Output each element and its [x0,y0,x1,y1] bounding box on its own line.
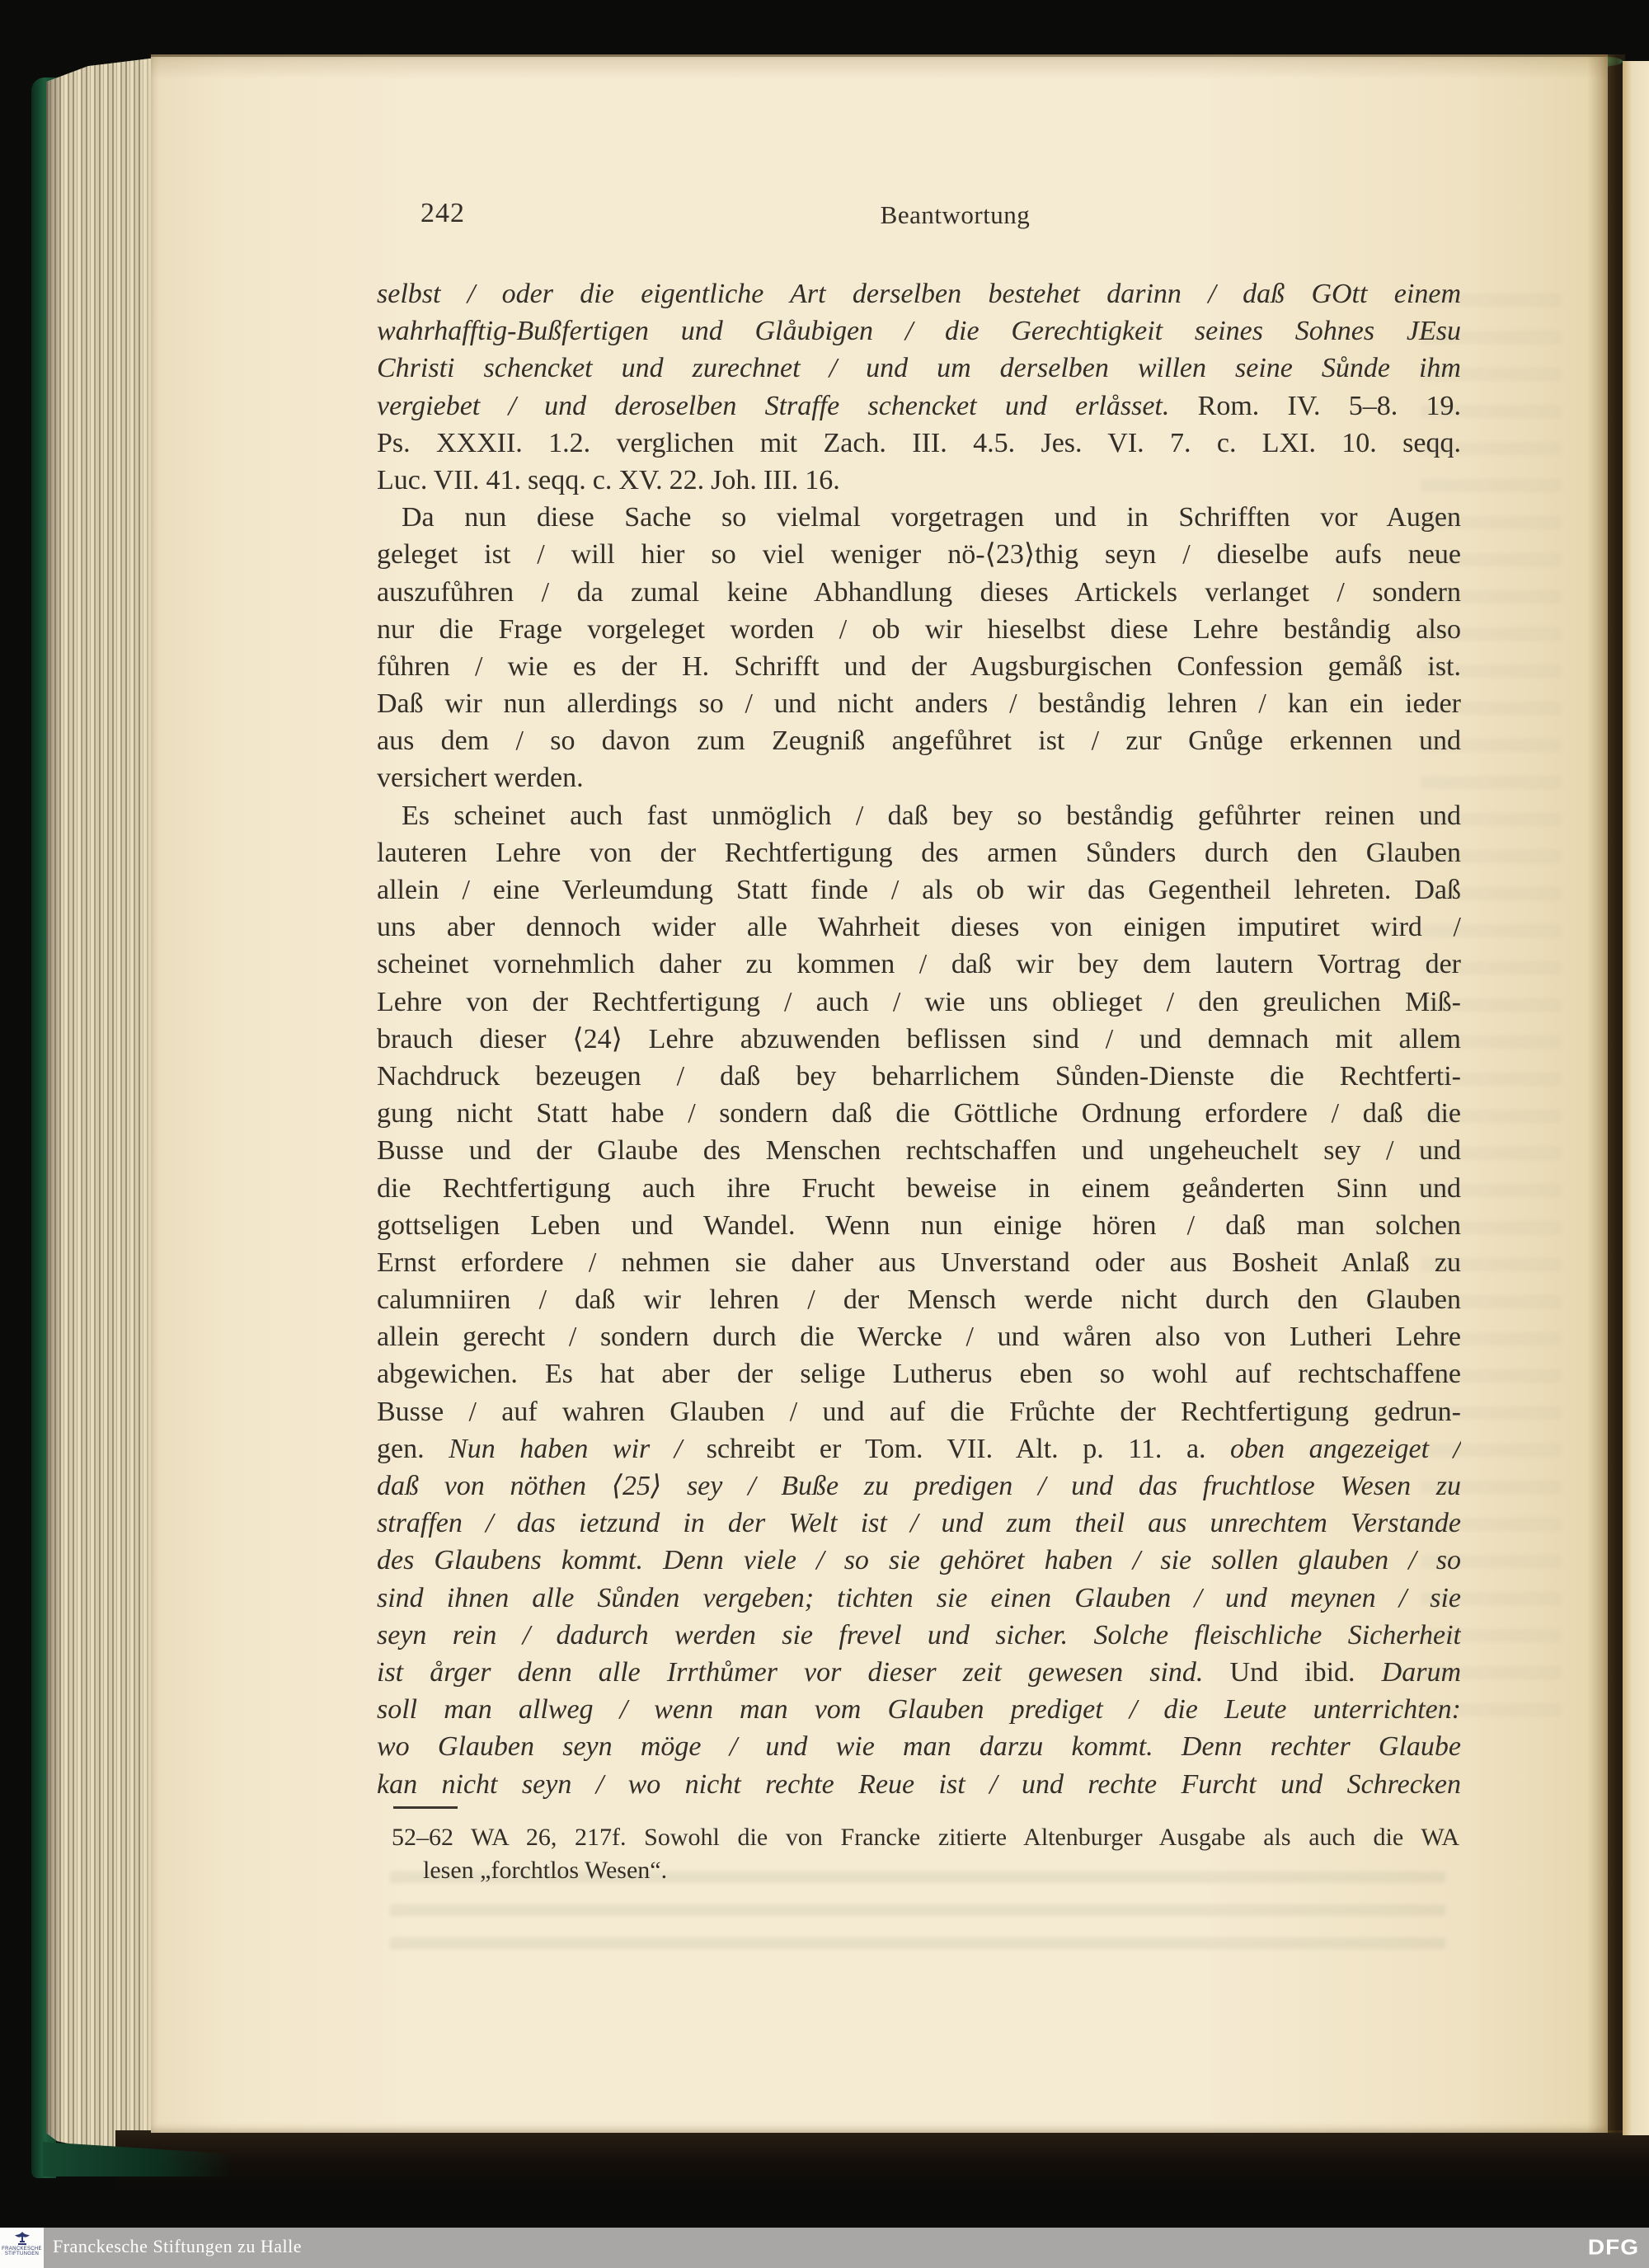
text-line: lauteren Lehre von der Rechtfertigung de… [377,834,1461,871]
viewer-footer-bar: Franckesche Stiftungen zu Halle DFG [0,2228,1649,2268]
text-line: allein / eine Verleumdung Statt finde / … [377,871,1461,909]
running-title: Beantwortung [377,200,1461,230]
text-line: Nachdruck bezeugen / daß bey beharrliche… [377,1058,1461,1095]
text-line: Daß wir nun allerdings so / und nicht an… [377,685,1461,722]
footnote-lines: 52–62 WA 26, 217f. Sowohl die von Franck… [392,1821,1459,1887]
franckesche-logo-text-2: STIFTUNGEN [0,2252,44,2256]
text-line: Da nun diese Sache so vielmal vorgetrage… [377,499,1461,536]
text-line: kan nicht seyn / wo nicht rechte Reue is… [377,1766,1461,1803]
text-line: 60wo Glauben seyn möge / und wie man dar… [377,1728,1461,1765]
text-line: 25Ps. XXXII. 1.2. verglichen mit Zach. I… [377,425,1461,462]
text-line: ist årger denn alle Irrthůmer vor dieser… [377,1654,1461,1691]
text-line: 55des Glaubens kommt. Denn viele / so si… [377,1542,1461,1579]
text-line: fůhren / wie es der H. Schrifft und der … [377,648,1461,685]
text-line: Busse / auf wahren Glauben / und auf die… [377,1393,1461,1430]
book-shadow [115,2130,1649,2191]
text-line: uns aber dennoch wider alle Wahrheit die… [377,909,1461,946]
text-line: Luc. VII. 41. seqq. c. XV. 22. Joh. III.… [377,462,1461,499]
text-line: versichert werden. [377,759,1461,796]
text-line: 35Es scheinet auch fast unmöglich / daß … [377,797,1461,834]
text-line: geleget ist / will hier so viel weniger … [377,536,1461,573]
footnote-rule [393,1806,458,1809]
text-line: Christi schencket und zurechnet / und um… [377,350,1461,387]
page-edge-stack [46,58,157,2156]
text-line: sind ihnen alle Sůnden vergeben; tichten… [377,1580,1461,1617]
text-line: selbst / oder die eigentliche Art dersel… [377,275,1461,312]
text-line: 50abgewichen. Es hat aber der selige Lut… [377,1355,1461,1392]
scanned-page: 242 Beantwortung selbst / oder die eigen… [151,54,1608,2133]
text-line: 30nur die Frage vorgeleget worden / ob w… [377,611,1461,648]
text-line: daß von nöthen ⟨25⟩ sey / Buße zu predig… [377,1467,1461,1505]
franckesche-logo: FRANCKESCHE STIFTUNGEN [0,2228,44,2268]
adjacent-page-sliver [1623,61,1649,2135]
text-line: lesen „forchtlos Wesen“. [392,1854,1459,1887]
text-line: gen. Nun haben wir / schreibt er Tom. VI… [377,1430,1461,1467]
institution-label: Franckesche Stiftungen zu Halle [53,2228,302,2268]
text-line: 52–62 WA 26, 217f. Sowohl die von Franck… [392,1821,1459,1854]
text-line: aus dem / so davon zum Zeugniß angefůhre… [377,722,1461,759]
text-line: Ernst erfordere / nehmen sie daher aus U… [377,1244,1461,1281]
text-line: gung nicht Statt habe / sondern daß die … [377,1095,1461,1132]
franckesche-eagle-icon [14,2231,31,2246]
scan-viewer: 242 Beantwortung selbst / oder die eigen… [0,0,1649,2268]
text-line: 45die Rechtfertigung auch ihre Frucht be… [377,1170,1461,1207]
text-line: soll man allweg / wenn man vom Glauben p… [377,1691,1461,1728]
text-line: brauch dieser ⟨24⟩ Lehre abzuwenden befl… [377,1021,1461,1058]
running-header: 242 Beantwortung [377,198,1461,234]
text-block: selbst / oder die eigentliche Art dersel… [377,275,1461,1803]
page-gutter-shadow [1587,54,1625,2133]
text-line: vergiebet / und deroselben Straffe schen… [377,387,1461,425]
text-line: wahrhafftig-Bußfertigen und Glåubigen / … [377,312,1461,350]
text-line: auszufůhren / da zumal keine Abhandlung … [377,574,1461,611]
footnote: 52–62 WA 26, 217f. Sowohl die von Franck… [392,1806,1459,1887]
text-line: calumniiren / daß wir lehren / der Mensc… [377,1281,1461,1318]
text-line: gottseligen Leben und Wandel. Wenn nun e… [377,1207,1461,1244]
text-line: Busse und der Glaube des Menschen rechts… [377,1132,1461,1169]
dfg-logo: DFG [1588,2235,1639,2259]
text-line: 40Lehre von der Rechtfertigung / auch / … [377,984,1461,1021]
text-line: scheinet vornehmlich daher zu kommen / d… [377,946,1461,983]
text-line: allein gerecht / sondern durch die Werck… [377,1318,1461,1355]
text-line: straffen / das ietzund in der Welt ist /… [377,1505,1461,1542]
text-line: seyn rein / dadurch werden sie frevel un… [377,1617,1461,1654]
